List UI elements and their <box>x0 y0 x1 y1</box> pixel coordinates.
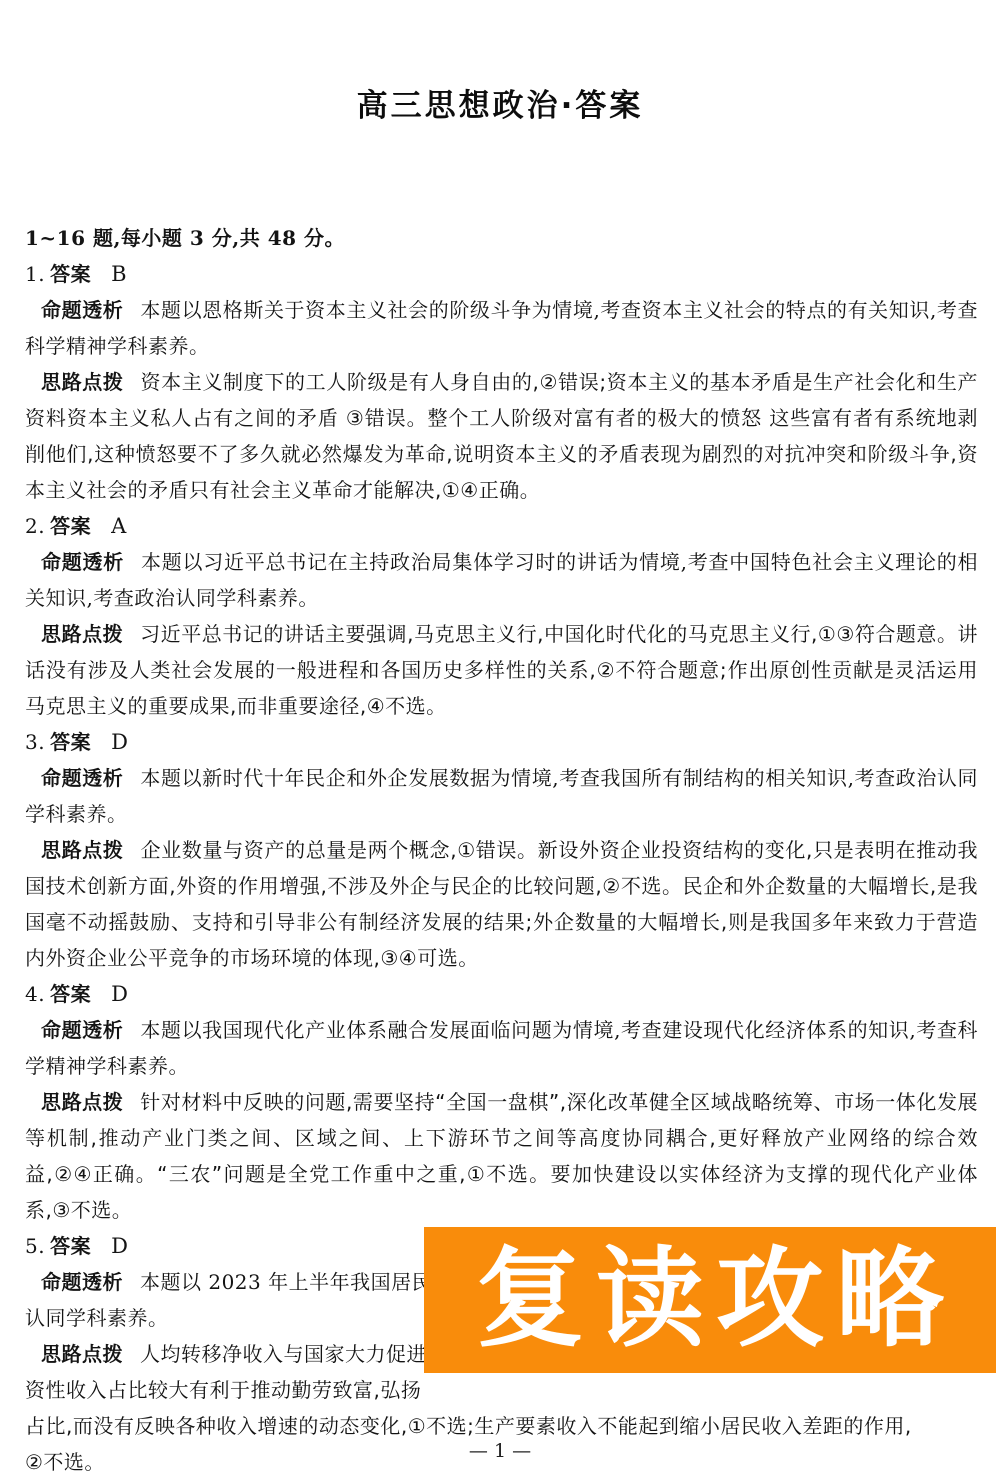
question-number: 5. <box>25 1234 45 1258</box>
question-1: 1.答案B 命题透析本题以恩格斯关于资本主义社会的阶级斗争为情境,考查资本主义社… <box>25 256 978 508</box>
question-number: 2. <box>25 514 45 538</box>
guidance-label: 思路点拨 <box>41 1090 123 1114</box>
answer-label: 答案 <box>50 1234 91 1258</box>
guidance-text-fragment: 占比,而没有反映各种收入增速的动态变化,①不选;生产要素收入不能起到缩小居民收入… <box>25 1414 912 1438</box>
analysis-label: 命题透析 <box>41 766 123 790</box>
guidance-label: 思路点拨 <box>41 370 124 394</box>
answer-letter: D <box>111 1234 128 1258</box>
analysis-paragraph: 命题透析本题以习近平总书记在主持政治局集体学习时的讲话为情境,考查中国特色社会主… <box>25 544 978 616</box>
answer-letter: D <box>111 730 128 754</box>
question-number: 3. <box>25 730 45 754</box>
watermark-text: 复读攻略 <box>464 1246 956 1354</box>
analysis-text: 本题以习近平总书记在主持政治局集体学习时的讲话为情境,考查中国特色社会主义理论的… <box>25 550 978 610</box>
answer-line: 4.答案D <box>25 976 978 1012</box>
analysis-label: 命题透析 <box>41 550 124 574</box>
answer-line: 2.答案A <box>25 508 978 544</box>
guidance-paragraph: 思路点拨针对材料中反映的问题,需要坚持“全国一盘棋”,深化改革健全区域战略统筹、… <box>25 1084 978 1228</box>
scoring-note: 1~16 题,每小题 3 分,共 48 分。 <box>25 220 978 256</box>
analysis-text-fragment: 本题以 2023 年上半年我国居民可 <box>140 1270 453 1294</box>
analysis-text: 本题以新时代十年民企和外企发展数据为情境,考查我国所有制结构的相关知识,考查政治… <box>25 766 978 826</box>
question-number: 4. <box>25 982 45 1006</box>
analysis-paragraph: 命题透析本题以新时代十年民企和外企发展数据为情境,考查我国所有制结构的相关知识,… <box>25 760 978 832</box>
page-number: — 1 — <box>0 1440 1000 1462</box>
page-title: 高三思想政治·答案 <box>0 0 1000 125</box>
answer-line: 1.答案B <box>25 256 978 292</box>
guidance-paragraph: 思路点拨习近平总书记的讲话主要强调,马克思主义行,中国化时代化的马克思主义行,①… <box>25 616 978 724</box>
question-3: 3.答案D 命题透析本题以新时代十年民企和外企发展数据为情境,考查我国所有制结构… <box>25 724 978 976</box>
answer-letter: D <box>111 982 128 1006</box>
guidance-text: 习近平总书记的讲话主要强调,马克思主义行,中国化时代化的马克思主义行,①③符合题… <box>25 622 978 718</box>
guidance-paragraph: 思路点拨资本主义制度下的工人阶级是有人身自由的,②错误;资本主义的基本矛盾是生产… <box>25 364 978 508</box>
question-2: 2.答案A 命题透析本题以习近平总书记在主持政治局集体学习时的讲话为情境,考查中… <box>25 508 978 724</box>
analysis-text-fragment: 认同学科素养。 <box>25 1306 169 1330</box>
answer-label: 答案 <box>50 982 91 1006</box>
answer-sheet-page: 高三思想政治·答案 1~16 题,每小题 3 分,共 48 分。 1.答案B 命… <box>0 0 1000 1480</box>
answer-line: 3.答案D <box>25 724 978 760</box>
answer-label: 答案 <box>50 730 91 754</box>
analysis-paragraph: 命题透析本题以恩格斯关于资本主义社会的阶级斗争为情境,考查资本主义社会的特点的有… <box>25 292 978 364</box>
guidance-text-fragment: 人均转移净收入与国家大力促进 <box>140 1342 427 1366</box>
guidance-text: 针对材料中反映的问题,需要坚持“全国一盘棋”,深化改革健全区域战略统筹、市场一体… <box>25 1090 978 1222</box>
guidance-paragraph: 思路点拨企业数量与资产的总量是两个概念,①错误。新设外资企业投资结构的变化,只是… <box>25 832 978 976</box>
watermark-overlay: 复读攻略 <box>424 1227 996 1373</box>
analysis-label: 命题透析 <box>41 1018 123 1042</box>
answer-label: 答案 <box>50 514 91 538</box>
guidance-text: 企业数量与资产的总量是两个概念,①错误。新设外资企业投资结构的变化,只是表明在推… <box>25 838 978 970</box>
analysis-text: 本题以我国现代化产业体系融合发展面临问题为情境,考查建设现代化经济体系的知识,考… <box>25 1018 978 1078</box>
analysis-label: 命题透析 <box>41 298 123 322</box>
analysis-text: 本题以恩格斯关于资本主义社会的阶级斗争为情境,考查资本主义社会的特点的有关知识,… <box>25 298 978 358</box>
guidance-text-fragment: 资性收入占比较大有利于推动勤劳致富,弘扬 <box>25 1378 421 1402</box>
answer-letter: A <box>111 514 127 538</box>
question-4: 4.答案D 命题透析本题以我国现代化产业体系融合发展面临问题为情境,考查建设现代… <box>25 976 978 1228</box>
guidance-label: 思路点拨 <box>41 1342 123 1366</box>
guidance-line: 资性收入占比较大有利于推动勤劳致富,弘扬 <box>25 1372 978 1408</box>
guidance-label: 思路点拨 <box>41 622 123 646</box>
analysis-paragraph: 命题透析本题以我国现代化产业体系融合发展面临问题为情境,考查建设现代化经济体系的… <box>25 1012 978 1084</box>
guidance-label: 思路点拨 <box>41 838 124 862</box>
question-number: 1. <box>25 262 45 286</box>
analysis-label: 命题透析 <box>41 1270 123 1294</box>
answer-letter: B <box>111 262 127 286</box>
guidance-text: 资本主义制度下的工人阶级是有人身自由的,②错误;资本主义的基本矛盾是生产社会化和… <box>25 370 978 502</box>
guidance-line: 占比,而没有反映各种收入增速的动态变化,①不选;生产要素收入不能起到缩小居民收入… <box>25 1408 978 1444</box>
answer-label: 答案 <box>50 262 91 286</box>
